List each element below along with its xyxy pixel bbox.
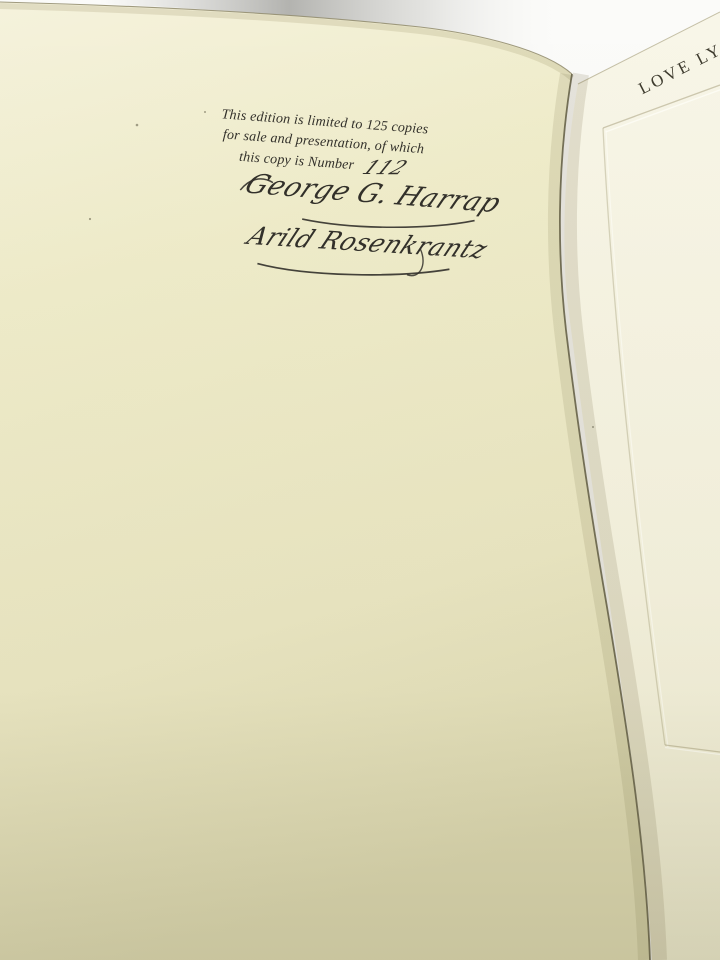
- open-book-photo: This edition is limited to 125 copies fo…: [0, 0, 720, 960]
- handwritten-copy-number: 112: [360, 158, 412, 177]
